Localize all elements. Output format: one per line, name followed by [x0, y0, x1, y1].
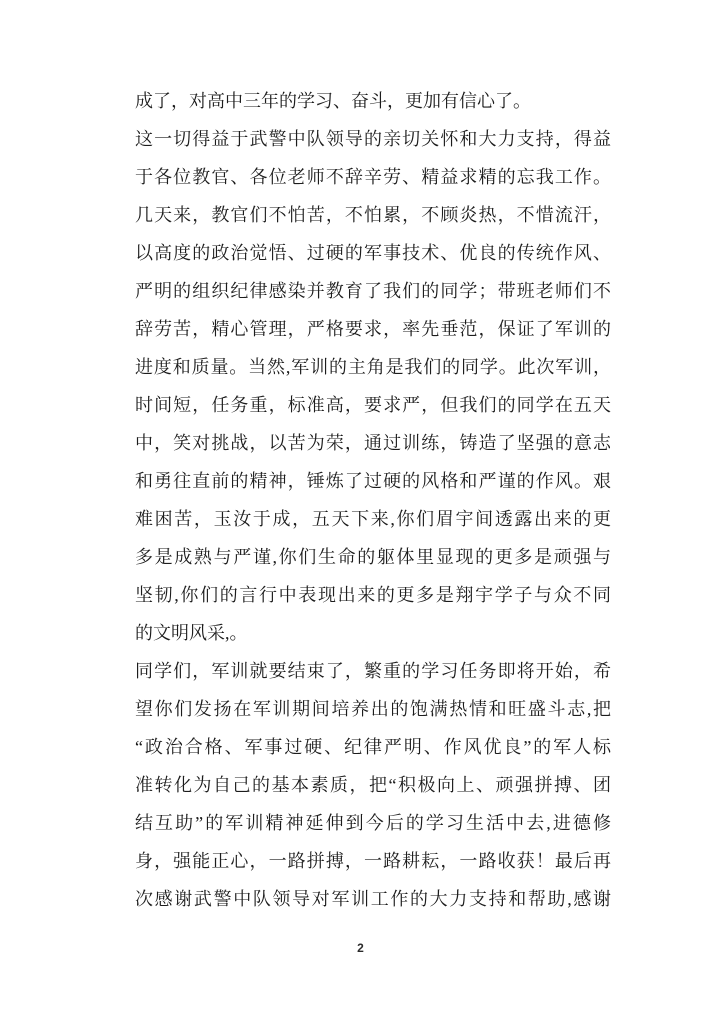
text-line: 同学们，军训就要结束了，繁重的学习任务即将开始，希	[135, 652, 611, 690]
text-line: 坚韧,你们的言行中表现出来的更多是翔宇学子与众不同	[135, 576, 611, 614]
text-line: 结互助”的军训精神延伸到今后的学习生活中去,进德修	[135, 804, 611, 842]
document-body-text: 成了，对高中三年的学习、奋斗，更加有信心了。这一切得益于武警中队领导的亲切关怀和…	[135, 82, 611, 918]
text-line: 和勇往直前的精神，锤炼了过硬的风格和严谨的作风。艰	[135, 462, 611, 500]
text-line: 身，强能正心，一路拼搏，一路耕耘，一路收获！最后再	[135, 842, 611, 880]
text-line: 次感谢武警中队领导对军训工作的大力支持和帮助,感谢	[135, 880, 611, 918]
text-line: 进度和质量。当然,军训的主角是我们的同学。此次军训，	[135, 348, 611, 386]
document-page: 成了，对高中三年的学习、奋斗，更加有信心了。这一切得益于武警中队领导的亲切关怀和…	[0, 0, 721, 1020]
text-line: 严明的组织纪律感染并教育了我们的同学；带班老师们不	[135, 272, 611, 310]
text-line: “政治合格、军事过硬、纪律严明、作风优良”的军人标	[135, 728, 611, 766]
text-line: 中，笑对挑战，以苦为荣，通过训练，铸造了坚强的意志	[135, 424, 611, 462]
text-line: 于各位教官、各位老师不辞辛劳、精益求精的忘我工作。	[135, 158, 611, 196]
text-line: 辞劳苦，精心管理，严格要求，率先垂范，保证了军训的	[135, 310, 611, 348]
text-line: 成了，对高中三年的学习、奋斗，更加有信心了。	[135, 82, 611, 120]
text-line: 准转化为自己的基本素质，把“积极向上、顽强拼搏、团	[135, 766, 611, 804]
text-line: 难困苦，玉汝于成，五天下来,你们眉宇间透露出来的更	[135, 500, 611, 538]
text-line: 望你们发扬在军训期间培养出的饱满热情和旺盛斗志,把	[135, 690, 611, 728]
text-line: 时间短，任务重，标准高，要求严，但我们的同学在五天	[135, 386, 611, 424]
text-line: 的文明风采,。	[135, 614, 611, 652]
text-line: 这一切得益于武警中队领导的亲切关怀和大力支持，得益	[135, 120, 611, 158]
text-line: 多是成熟与严谨,你们生命的躯体里显现的更多是顽强与	[135, 538, 611, 576]
text-line: 几天来，教官们不怕苦，不怕累，不顾炎热，不惜流汗，	[135, 196, 611, 234]
text-line: 以高度的政治觉悟、过硬的军事技术、优良的传统作风、	[135, 234, 611, 272]
page-number: 2	[0, 941, 721, 955]
